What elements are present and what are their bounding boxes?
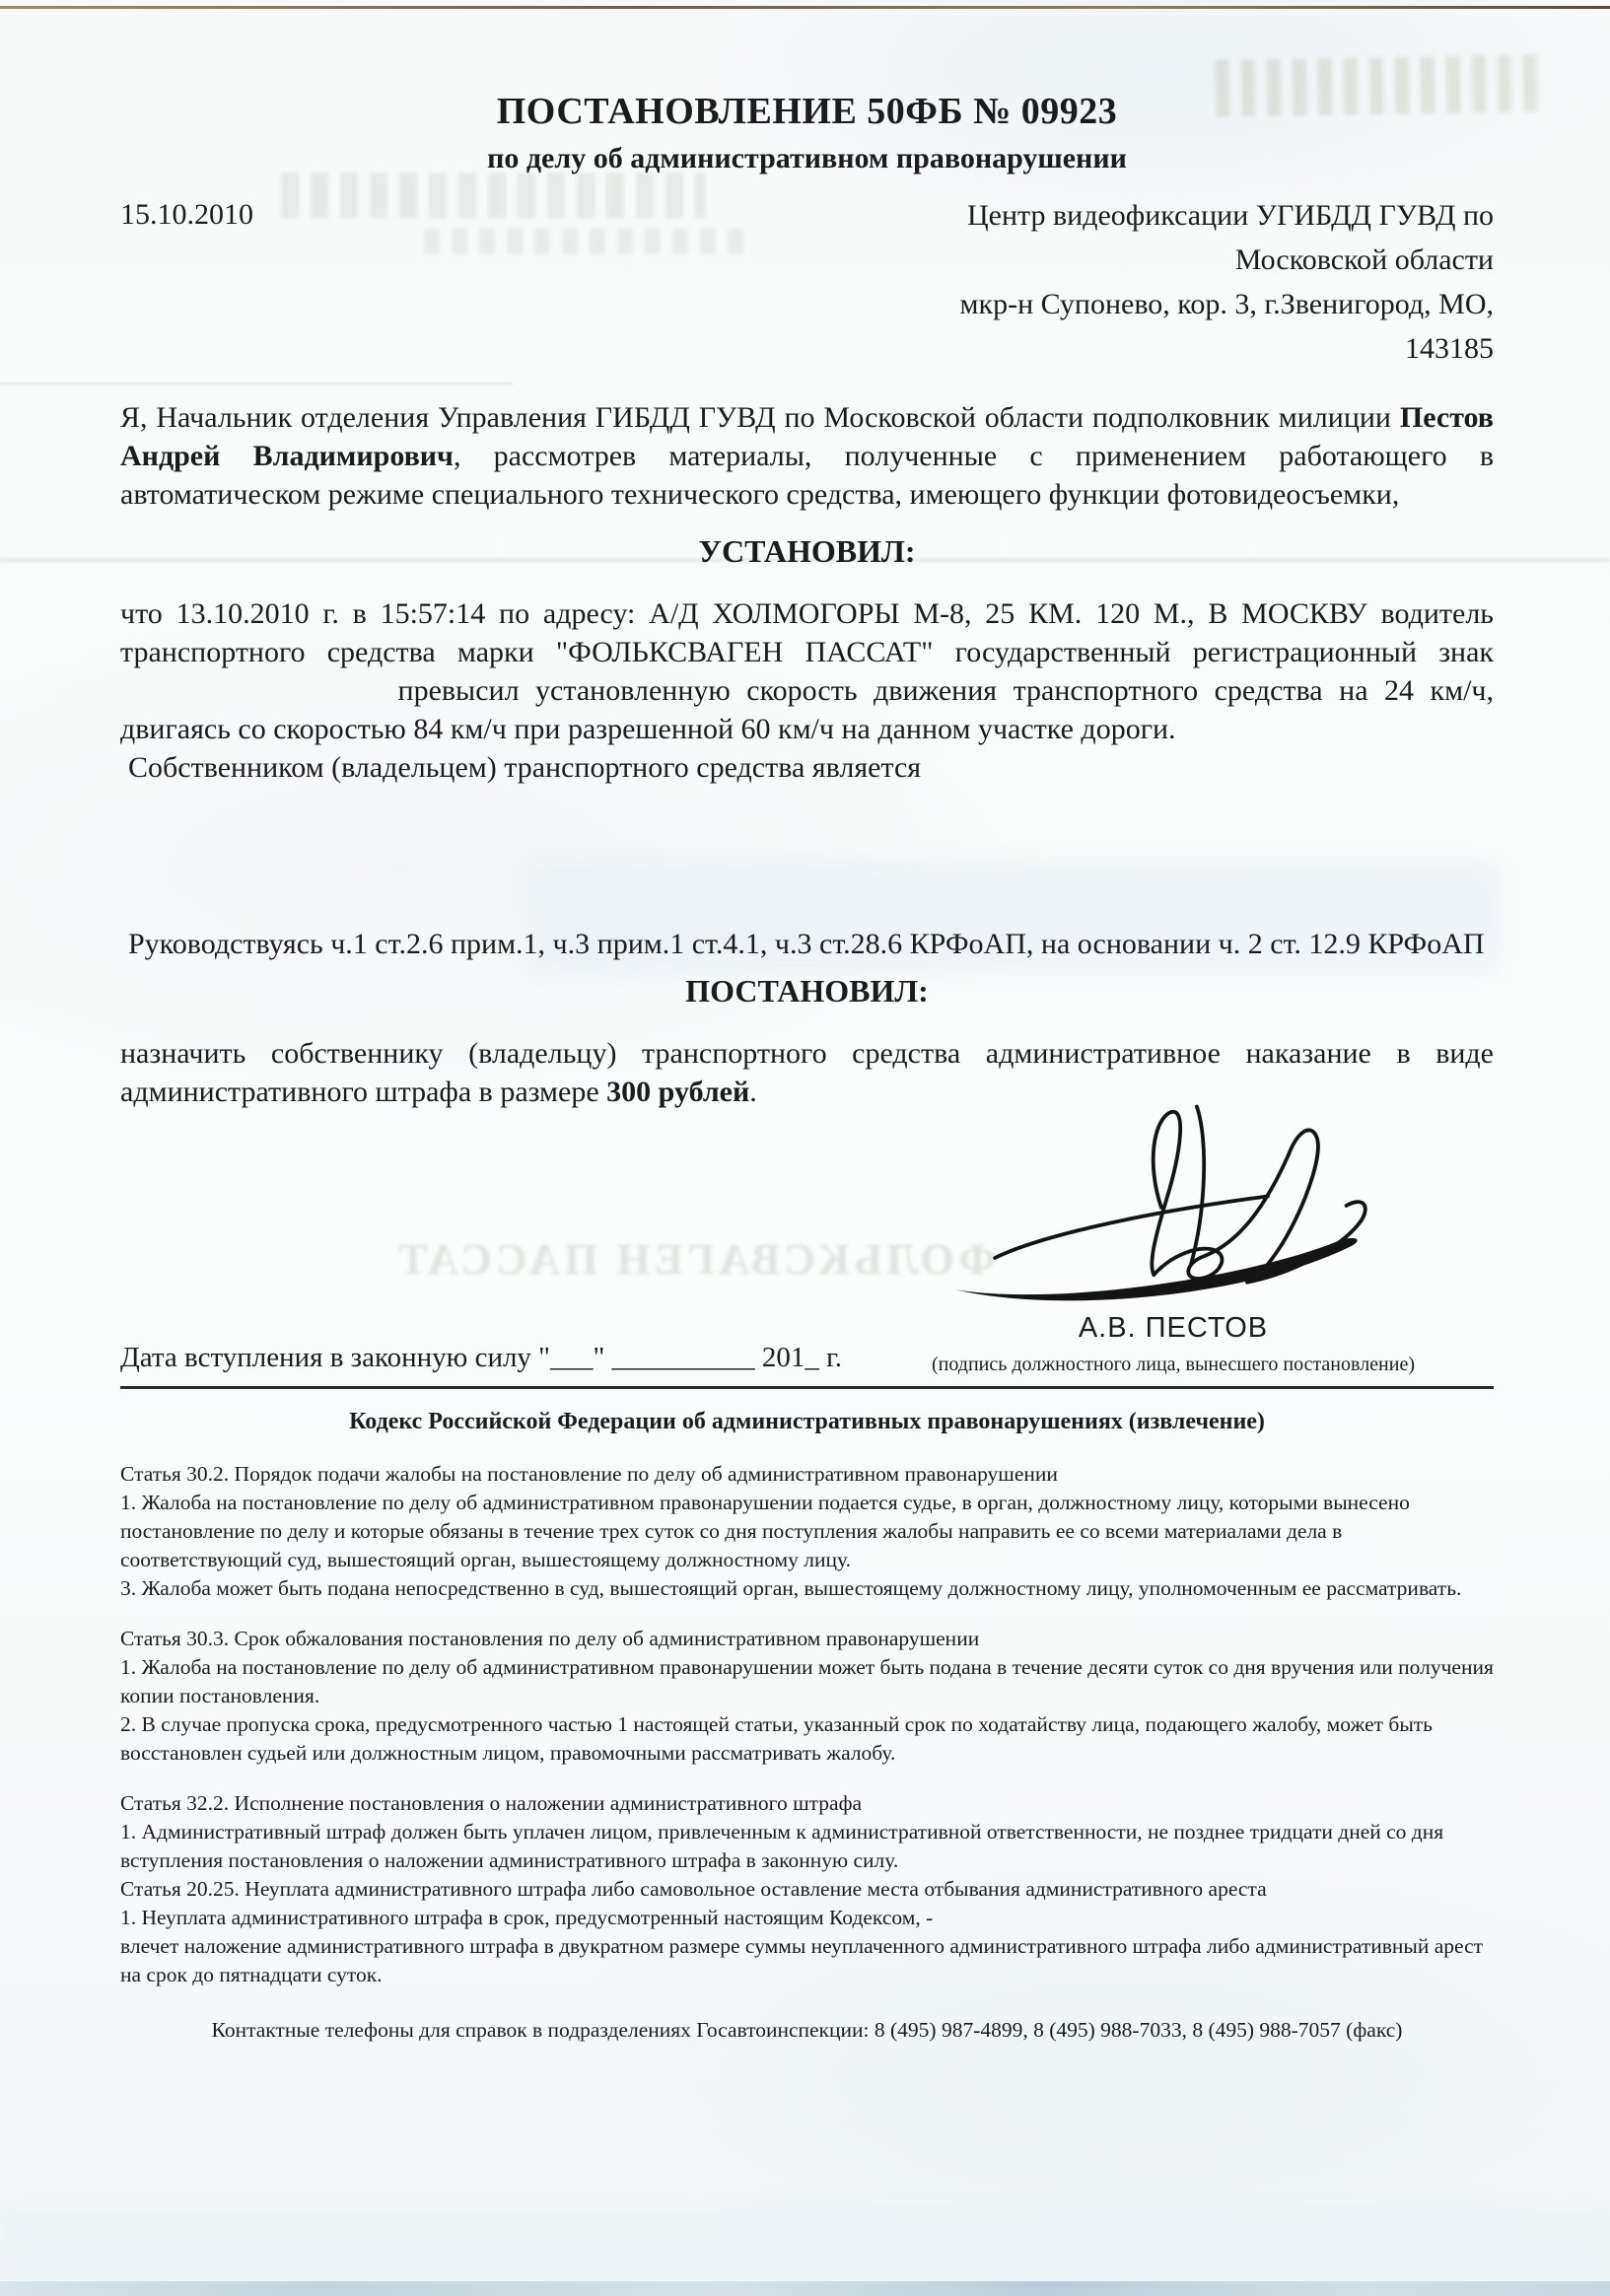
document-date: 15.10.2010: [120, 193, 253, 371]
owner-line: Собственником (владельцем) транспортного…: [120, 748, 1494, 787]
header-row: 15.10.2010 Центр видеофиксации УГИБДД ГУ…: [120, 193, 1494, 371]
article-20-25: Статья 20.25. Неуплата административного…: [120, 1875, 1494, 1989]
established-heading: УСТАНОВИЛ:: [120, 529, 1494, 573]
legal-basis-paragraph: Руководствуясь ч.1 ст.2.6 прим.1, ч.3 пр…: [120, 925, 1494, 963]
document-subtitle: по делу об административном правонарушен…: [120, 138, 1494, 179]
article-item: 1. Административный штраф должен быть уп…: [120, 1818, 1494, 1875]
scan-wash: [0, 2209, 1610, 2278]
article-32-2: Статья 32.2. Исполнение постановления о …: [120, 1789, 1494, 1875]
article-title: Статья 30.2. Порядок подачи жалобы на по…: [120, 1460, 1494, 1489]
signature-labels: А.В. ПЕСТОВ (подпись должностного лица, …: [932, 1312, 1494, 1376]
article-item: влечет наложение административного штраф…: [120, 1932, 1494, 1989]
issuer-line: Московской области: [960, 238, 1494, 282]
intro-text-pre: Я, Начальник отделения Управления ГИБДД …: [120, 401, 1400, 434]
violation-paragraph: что 13.10.2010 г. в 15:57:14 по адресу: …: [120, 594, 1494, 748]
signature-image: [922, 1097, 1395, 1312]
intro-paragraph: Я, Начальник отделения Управления ГИБДД …: [120, 398, 1494, 514]
violation-text-pre: что 13.10.2010 г. в 15:57:14 по адресу: …: [120, 597, 1494, 668]
article-30-2: Статья 30.2. Порядок подачи жалобы на по…: [120, 1460, 1494, 1603]
article-item: 1. Жалоба на постановление по делу об ад…: [120, 1653, 1494, 1710]
contacts-line: Контактные телефоны для справок в подраз…: [120, 2015, 1494, 2045]
article-30-3: Статья 30.3. Срок обжалования постановле…: [120, 1625, 1494, 1768]
document-title: ПОСТАНОВЛЕНИЕ 50ФБ № 09923: [120, 87, 1494, 136]
issuer-address: Центр видеофиксации УГИБДД ГУВД по Моско…: [960, 193, 1494, 371]
fine-amount: 300 рублей: [606, 1076, 749, 1108]
article-item: 2. В случае пропуска срока, предусмотрен…: [120, 1710, 1494, 1768]
signature-row: Дата вступления в законную силу "___" __…: [120, 1312, 1494, 1376]
resolved-heading: ПОСТАНОВИЛ:: [120, 969, 1494, 1012]
signature-caption: (подпись должностного лица, вынесшего по…: [932, 1353, 1415, 1376]
article-title: Статья 30.3. Срок обжалования постановле…: [120, 1625, 1494, 1653]
resolution-text-post: .: [749, 1076, 757, 1108]
article-item: 1. Неуплата административного штрафа в с…: [120, 1904, 1494, 1932]
document-content: ПОСТАНОВЛЕНИЕ 50ФБ № 09923 по делу об ад…: [0, 0, 1610, 2045]
code-extract: Статья 30.2. Порядок подачи жалобы на по…: [120, 1460, 1494, 1989]
extract-heading: Кодекс Российской Федерации об администр…: [120, 1405, 1494, 1438]
article-title: Статья 20.25. Неуплата административного…: [120, 1875, 1494, 1904]
section-divider: [120, 1386, 1494, 1389]
article-item: 3. Жалоба может быть подана непосредстве…: [120, 1574, 1494, 1603]
plate-redaction: [120, 690, 382, 700]
issuer-line: мкр-н Супонево, кор. 3, г.Звенигород, МО…: [960, 282, 1494, 326]
signer-name: А.В. ПЕСТОВ: [932, 1312, 1415, 1345]
scan-bottom-edge: [0, 2281, 1610, 2296]
issuer-line: 143185: [960, 326, 1494, 371]
issuer-line: Центр видеофиксации УГИБДД ГУВД по: [960, 193, 1494, 238]
article-title: Статья 32.2. Исполнение постановления о …: [120, 1789, 1494, 1818]
document-page: ФОЛЬКСВАГЕН ПАССАТ ПОСТАНОВЛЕНИЕ 50ФБ № …: [0, 0, 1610, 2296]
redacted-owner-area: [120, 787, 1494, 925]
article-item: 1. Жалоба на постановление по делу об ад…: [120, 1489, 1494, 1574]
signature-block: [120, 1111, 1494, 1306]
effective-date-line: Дата вступления в законную силу "___" __…: [120, 1339, 842, 1376]
violation-text-post: превысил установленную скорость движения…: [120, 674, 1494, 745]
